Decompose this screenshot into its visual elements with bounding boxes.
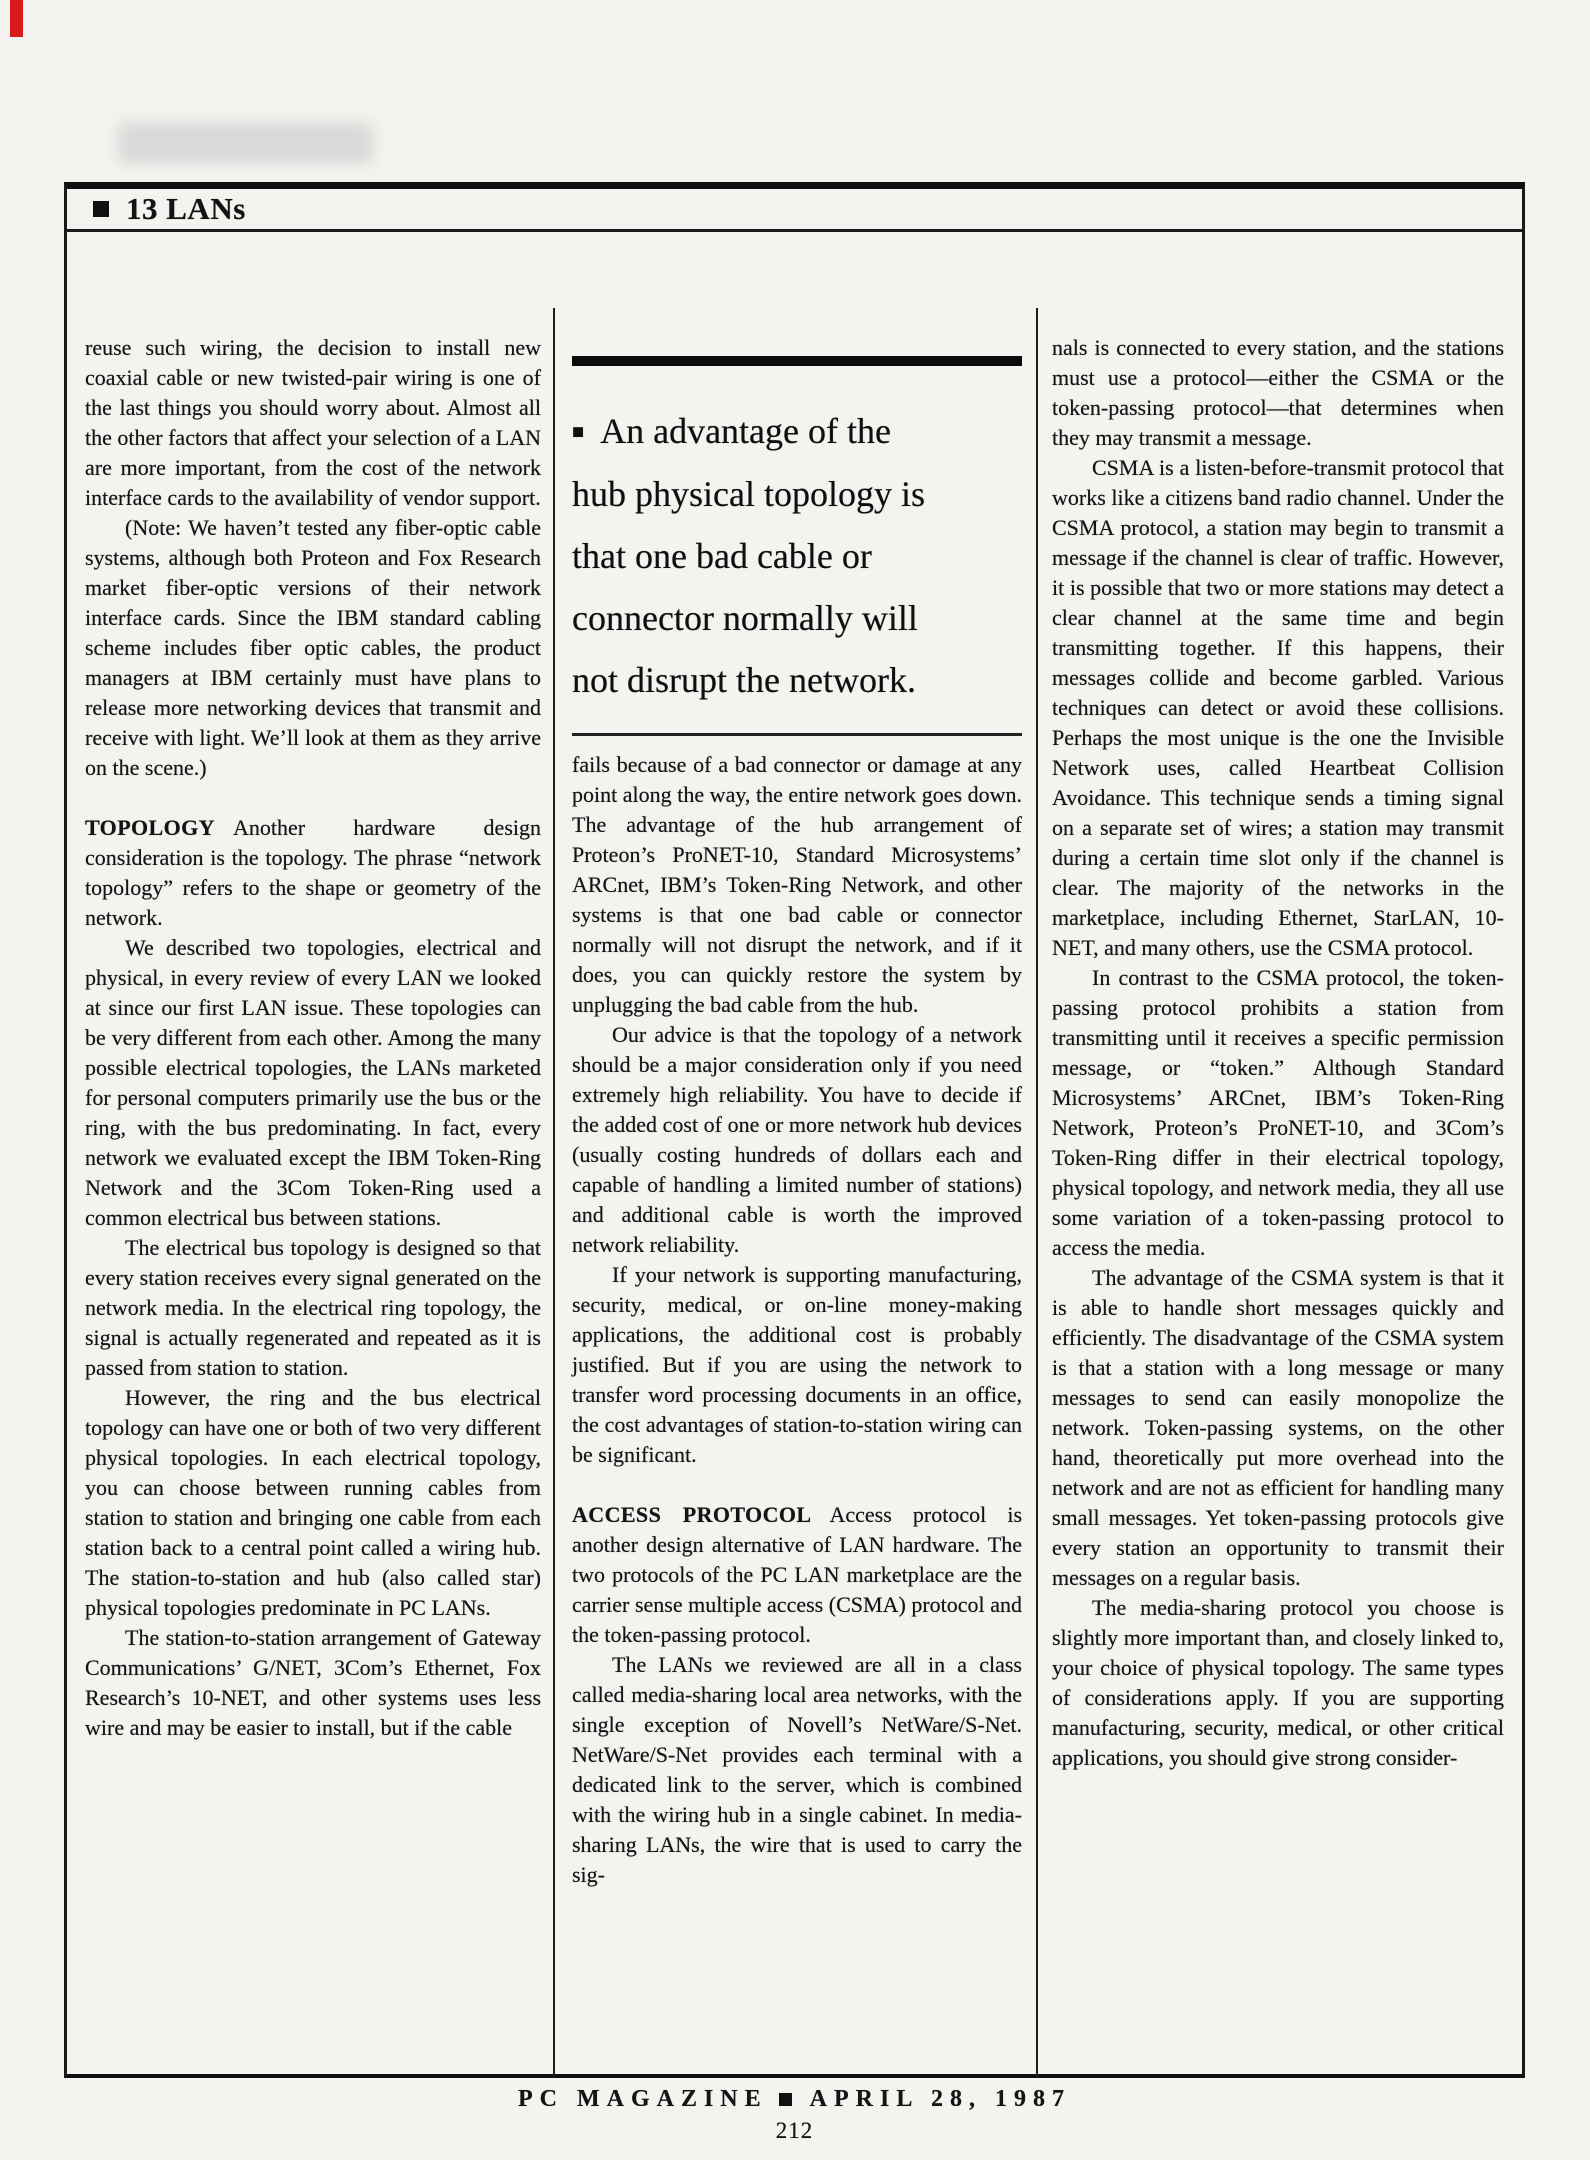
body-paragraph: If your network is supporting manufactur… [572, 1260, 1022, 1470]
pull-quote-line: that one bad cable or [572, 525, 1022, 587]
square-bullet-icon [779, 2093, 792, 2106]
body-paragraph: The LANs we reviewed are all in a class … [572, 1650, 1022, 1890]
pull-quote-line: not disrupt the network. [572, 649, 1022, 711]
column-divider-right [1036, 308, 1038, 2078]
column-2: fails because of a bad connector or dama… [572, 750, 1022, 1890]
pull-quote: ■An advantage of the hub physical topolo… [572, 356, 1022, 736]
pull-quote-text: An advantage of the [600, 411, 891, 451]
page-number: 212 [64, 2118, 1525, 2144]
red-edge-mark [10, 0, 23, 37]
square-bullet-icon: ■ [572, 421, 584, 443]
body-paragraph: fails because of a bad connector or dama… [572, 750, 1022, 1020]
scan-artifact [118, 122, 373, 164]
page-title: 13 LANs [126, 191, 246, 227]
page-footer: PC MAGAZINE APRIL 28, 1987 [64, 2086, 1525, 2113]
section-paragraph: TOPOLOGYAnother hardware design consider… [85, 813, 541, 933]
pull-quote-top-rule [572, 356, 1022, 366]
body-paragraph: In contrast to the CSMA protocol, the to… [1052, 963, 1504, 1263]
column-1: reuse such wiring, the decision to insta… [85, 333, 541, 1743]
body-paragraph: (Note: We haven’t tested any fiber-optic… [85, 513, 541, 783]
section-heading: TOPOLOGY [85, 815, 215, 840]
pull-quote-bottom-rule [572, 733, 1022, 736]
body-paragraph: nals is connected to every station, and … [1052, 333, 1504, 453]
magazine-page: { "page": { "background": "#f4f3f0", "in… [0, 0, 1590, 2160]
page-header: 13 LANs [67, 189, 1522, 232]
section-heading: ACCESS PROTOCOL [572, 1502, 811, 1527]
column-divider-left [553, 308, 555, 2078]
square-bullet-icon [93, 201, 109, 217]
body-paragraph: The station-to-station arrangement of Ga… [85, 1623, 541, 1743]
body-paragraph: However, the ring and the bus electrical… [85, 1383, 541, 1623]
pull-quote-line: ■An advantage of the [572, 400, 1022, 463]
body-paragraph: The electrical bus topology is designed … [85, 1233, 541, 1383]
body-paragraph: Our advice is that the topology of a net… [572, 1020, 1022, 1260]
pull-quote-line: connector normally will [572, 587, 1022, 649]
body-paragraph: The advantage of the CSMA system is that… [1052, 1263, 1504, 1593]
pull-quote-line: hub physical topology is [572, 463, 1022, 525]
footer-magazine: PC MAGAZINE [518, 2086, 768, 2113]
body-paragraph: The media-sharing protocol you choose is… [1052, 1593, 1504, 1773]
section-paragraph: ACCESS PROTOCOLAccess protocol is anothe… [572, 1500, 1022, 1650]
footer-date: APRIL 28, 1987 [810, 2086, 1071, 2113]
body-paragraph: CSMA is a listen-before-transmit protoco… [1052, 453, 1504, 963]
body-paragraph: We described two topologies, electrical … [85, 933, 541, 1233]
column-3: nals is connected to every station, and … [1052, 333, 1504, 1773]
body-paragraph: reuse such wiring, the decision to insta… [85, 333, 541, 513]
